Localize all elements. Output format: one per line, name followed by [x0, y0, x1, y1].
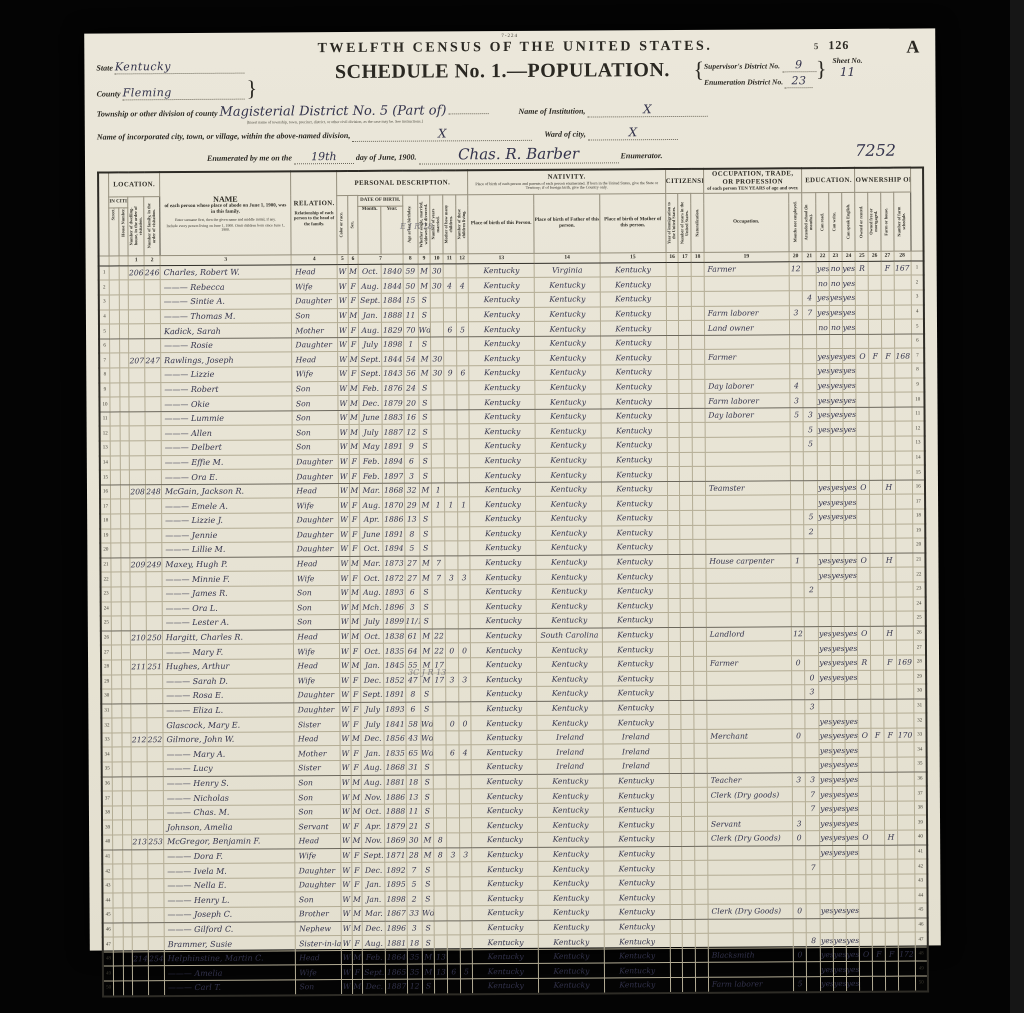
- cell-hn: [121, 631, 131, 646]
- cell-pf: Kentucky: [539, 963, 605, 978]
- cell-n2: 19: [912, 524, 925, 539]
- cell-rel: Daughter: [295, 877, 341, 892]
- cell-sch: [804, 568, 818, 583]
- owned-rented-header: Owned or rented.: [855, 192, 868, 251]
- cell-pm: Kentucky: [603, 817, 669, 832]
- cell-occ: Land owner: [704, 320, 789, 335]
- cell-nat: [693, 510, 706, 525]
- cell-name: Hughes, Arthur: [162, 659, 294, 674]
- cell-fh: F: [884, 728, 897, 743]
- cell-wr: yes: [831, 509, 844, 524]
- cell-rel: Head: [294, 629, 340, 644]
- cell-own: [856, 305, 869, 320]
- cell-own: [858, 641, 871, 656]
- cell-pb: Kentucky: [469, 322, 535, 337]
- cell-n2: 21: [912, 553, 925, 568]
- cell-by: 1871: [385, 848, 406, 863]
- cell-cl: 3: [458, 672, 471, 687]
- cell-sex: F: [351, 848, 362, 863]
- cell-name: ——— Lizzie J.: [162, 513, 294, 528]
- cell-pm: Kentucky: [602, 656, 668, 671]
- cell-cl: [457, 526, 470, 541]
- cell-wr: yes: [830, 422, 843, 437]
- cell-mc: [447, 833, 460, 848]
- cell-cl: [457, 453, 470, 468]
- cell-n: 9: [99, 383, 110, 398]
- cell-fs: [898, 961, 915, 976]
- cell-fh: [881, 276, 894, 291]
- cell-bm: Aug.: [361, 775, 384, 790]
- cell-pm: Kentucky: [601, 350, 667, 365]
- cell-by: 1881: [385, 775, 406, 790]
- cell-ym: [434, 921, 447, 936]
- cell-occ: [708, 845, 793, 860]
- cell-mc: [446, 687, 459, 702]
- cell-own: [858, 611, 871, 626]
- cell-fs: [897, 859, 914, 874]
- cell-fm: [145, 470, 161, 485]
- cell-en: yes: [846, 947, 860, 962]
- cell-yi: [666, 335, 679, 350]
- cell-pf: Kentucky: [538, 788, 604, 803]
- cell-name: ——— Lizzie: [161, 367, 293, 382]
- cell-own: [859, 772, 872, 787]
- cell-hn: [119, 339, 129, 354]
- cell-rd: yes: [817, 305, 830, 320]
- cell-age: 1: [403, 337, 418, 352]
- cell-ym: [431, 395, 444, 410]
- cell-fh: [881, 319, 894, 334]
- cell-fh: [881, 305, 894, 320]
- cell-sch: [803, 262, 817, 277]
- cell-pb: Kentucky: [471, 599, 537, 614]
- cell-cl: [458, 599, 471, 614]
- cell-mc: [444, 337, 457, 352]
- cell-fm: [146, 528, 162, 543]
- cell-ym: 30: [430, 278, 443, 293]
- occupation-title: OCCUPATION, TRADE, OR PROFESSION: [712, 170, 793, 185]
- header-grid: State Kentucky County Fleming } SCHEDULE…: [96, 55, 923, 102]
- cell-hn: [119, 368, 129, 383]
- cell-ym: [431, 424, 444, 439]
- cell-occ: Clerk (Dry goods): [707, 787, 792, 802]
- cell-mar: M: [422, 950, 435, 965]
- cell-rel: Wife: [292, 279, 338, 294]
- cell-age: 33: [407, 906, 422, 921]
- cell-bm: July: [359, 425, 382, 440]
- ward-rule: X: [588, 125, 678, 141]
- column-number: 12: [456, 254, 469, 264]
- column-number: 17: [678, 252, 691, 262]
- cell-col: W: [339, 585, 350, 600]
- cell-wr: yes: [832, 772, 845, 787]
- cell-ym: 8: [434, 848, 447, 863]
- cell-nat: [692, 394, 705, 409]
- cell-bm: Jan.: [361, 746, 384, 761]
- cell-yu: [680, 437, 693, 452]
- cell-fs: [896, 713, 913, 728]
- cell-mne: [790, 437, 804, 452]
- cell-pb: Kentucky: [471, 657, 537, 672]
- cell-cl: 1: [457, 497, 470, 512]
- cell-dw: [131, 689, 147, 704]
- cell-fs: [895, 465, 912, 480]
- column-number: 24: [842, 251, 856, 261]
- cell-own: [856, 276, 869, 291]
- cell-fh: [883, 582, 896, 597]
- naturalization-header: Naturalization.: [691, 193, 704, 252]
- cell-hn: [121, 645, 131, 660]
- cell-wr: yes: [833, 947, 846, 962]
- cell-mar: S: [421, 891, 434, 906]
- cell-own: [859, 787, 872, 802]
- cell-yi: [668, 656, 681, 671]
- cell-n: 36: [102, 777, 113, 792]
- cell-ym: 13: [435, 964, 448, 979]
- cell-n: 29: [101, 674, 112, 689]
- cell-fm: [146, 587, 162, 602]
- cell-pm: Kentucky: [604, 846, 670, 861]
- cell-bm: July: [359, 337, 382, 352]
- cell-fh: [884, 757, 897, 772]
- cell-name: ——— Gilford C.: [164, 921, 296, 936]
- cell-dw: 209: [130, 558, 146, 573]
- cell-fh: H: [883, 626, 896, 641]
- cell-n: 5: [99, 324, 110, 339]
- cell-nat: [695, 919, 708, 934]
- cell-rel: Wife: [293, 498, 339, 513]
- cell-pf: Kentucky: [538, 934, 604, 949]
- cell-fh: [883, 597, 896, 612]
- cell-sch: [804, 451, 818, 466]
- cell-mar: S: [418, 293, 431, 308]
- cell-fs: 167: [894, 261, 911, 276]
- cell-col: W: [340, 790, 351, 805]
- cell-pb: Kentucky: [471, 730, 537, 745]
- cell-bm: Jan.: [362, 892, 385, 907]
- cell-n2: 26: [913, 626, 926, 641]
- cell-yu: [683, 963, 696, 978]
- cell-occ: Day laborer: [705, 378, 790, 393]
- cell-nat: [691, 277, 704, 292]
- cell-pm: Kentucky: [600, 335, 666, 350]
- cell-by: 1896: [386, 921, 407, 936]
- cell-by: 1865: [386, 965, 407, 980]
- cell-ym: [433, 731, 446, 746]
- cell-pm: Kentucky: [601, 438, 667, 453]
- cell-pf: Kentucky: [536, 613, 602, 628]
- enumerator-label: Enumerator.: [620, 151, 662, 160]
- cell-fh: [882, 407, 895, 422]
- cell-en: yes: [844, 553, 858, 568]
- column-number: [109, 256, 119, 266]
- cell-col: W: [340, 746, 351, 761]
- cell-en: yes: [844, 568, 858, 583]
- cell-yu: [682, 788, 695, 803]
- cell-sex: F: [350, 688, 361, 703]
- cell-rel: Son: [296, 980, 342, 995]
- cell-pf: Kentucky: [536, 496, 602, 511]
- sheet-number-label: Sheet No.: [832, 56, 862, 65]
- cell-yi: [667, 467, 680, 482]
- cell-mne: 3: [792, 816, 806, 831]
- cell-occ: [705, 495, 790, 510]
- cell-st: [113, 806, 123, 821]
- cell-pm: Kentucky: [604, 963, 670, 978]
- cell-cl: [457, 439, 470, 454]
- cell-yi: [667, 540, 680, 555]
- cell-fs: [896, 567, 913, 582]
- cell-name: ——— Sintie A.: [160, 294, 292, 309]
- cell-yi: [669, 846, 682, 861]
- cell-nat: [695, 875, 708, 890]
- cell-pf: Kentucky: [535, 350, 601, 365]
- cell-en: yes: [843, 495, 857, 510]
- cell-age: 13: [404, 512, 419, 527]
- cell-fs: 170: [897, 728, 914, 743]
- cell-yu: [681, 656, 694, 671]
- brace-close: }: [816, 56, 827, 98]
- supervisor-value: 9: [782, 58, 816, 72]
- cell-col: W: [341, 979, 352, 994]
- cell-fm: [148, 908, 164, 923]
- cell-age: 27: [405, 556, 420, 571]
- cell-pb: Kentucky: [471, 584, 537, 599]
- cell-fh: H: [882, 480, 895, 495]
- county-value: Fleming: [123, 86, 245, 101]
- state-county-block: State Kentucky County Fleming }: [96, 59, 311, 102]
- cell-sch: [804, 539, 818, 554]
- cell-age: 18: [406, 775, 421, 790]
- cell-occ: [705, 510, 790, 525]
- cell-en: [842, 334, 856, 349]
- cell-ym: 1: [432, 483, 445, 498]
- cell-by: 1886: [385, 789, 406, 804]
- cell-sex: F: [351, 761, 362, 776]
- cell-n: 7: [99, 353, 110, 368]
- cell-wr: [833, 874, 846, 889]
- cell-rel: Head: [296, 950, 342, 965]
- cell-n: 42: [102, 864, 113, 879]
- cell-col: W: [339, 644, 350, 659]
- stamp-number: 126: [828, 38, 849, 53]
- cell-mc: [443, 264, 456, 279]
- cell-pf: Kentucky: [536, 599, 602, 614]
- page-title: TWELFTH CENSUS OF THE UNITED STATES.: [96, 38, 814, 58]
- read-header: Can read.: [816, 192, 829, 251]
- farm-house-header: Farm or house.: [881, 192, 894, 251]
- cell-wr: yes: [829, 305, 842, 320]
- cell-sex: M: [349, 483, 360, 498]
- cell-col: W: [341, 907, 352, 922]
- cell-hn: [120, 543, 130, 558]
- cell-name: Kadick, Sarah: [160, 323, 292, 338]
- cell-by: 1891: [384, 687, 405, 702]
- cell-fm: [145, 382, 161, 397]
- cell-occ: [706, 539, 791, 554]
- cell-wr: yes: [830, 364, 843, 379]
- cell-col: W: [337, 308, 348, 323]
- cell-en: yes: [845, 801, 859, 816]
- cell-fs: [896, 626, 913, 641]
- cell-n2: 38: [914, 801, 927, 816]
- cell-fs: [898, 888, 915, 903]
- cell-name: Helphinstine, Martin C.: [164, 951, 296, 966]
- cell-yi: [670, 875, 683, 890]
- cell-fh: [883, 524, 896, 539]
- cell-wr: [830, 451, 843, 466]
- cell-pb: Kentucky: [470, 541, 536, 556]
- cell-st: [110, 339, 120, 354]
- cell-sex: F: [351, 819, 362, 834]
- cell-cl: [460, 891, 473, 906]
- county-label: County: [97, 89, 121, 98]
- cell-hn: [120, 412, 130, 427]
- cell-fm: [148, 820, 164, 835]
- cell-occ: [704, 335, 789, 350]
- cell-n: 1: [99, 266, 110, 281]
- cell-dw: [132, 806, 148, 821]
- cell-bm: Mch.: [360, 600, 383, 615]
- cell-wr: yes: [830, 480, 843, 495]
- cell-by: 1845: [384, 658, 405, 673]
- column-number: 1: [128, 256, 144, 266]
- cell-fm: [147, 674, 163, 689]
- cell-wr: [833, 918, 846, 933]
- cell-pb: Kentucky: [473, 935, 539, 950]
- cell-yu: [679, 321, 692, 336]
- cell-ym: [433, 775, 446, 790]
- cell-dw: [130, 499, 146, 514]
- cell-ym: 30: [430, 264, 443, 279]
- cell-st: [110, 368, 120, 383]
- cell-by: 1894: [383, 454, 404, 469]
- cell-st: [109, 266, 119, 281]
- cell-wr: [833, 860, 846, 875]
- cell-sch: [806, 845, 820, 860]
- cell-mc: 9: [444, 366, 457, 381]
- cell-pm: Kentucky: [603, 773, 669, 788]
- cell-n: 34: [102, 747, 113, 762]
- cell-bm: Aug.: [361, 760, 384, 775]
- cell-pm: Kentucky: [604, 875, 670, 890]
- cell-fs: [895, 421, 912, 436]
- cell-hn: [122, 747, 132, 762]
- cell-mc: [446, 789, 459, 804]
- cell-n2: 12: [912, 421, 925, 436]
- sheet-letter: A: [906, 37, 919, 58]
- cell-wr: [830, 466, 843, 481]
- cell-en: yes: [846, 903, 860, 918]
- cell-fh: [885, 859, 898, 874]
- cell-occ: Farm laborer: [705, 393, 790, 408]
- cell-pb: Kentucky: [469, 395, 535, 410]
- cell-name: ——— Emele A.: [161, 498, 293, 513]
- column-number: 10: [430, 254, 443, 264]
- cell-occ: [706, 612, 791, 627]
- cell-rd: [817, 437, 830, 452]
- cell-n2: 23: [913, 582, 926, 597]
- cell-dw: [130, 543, 146, 558]
- cell-cl: 6: [456, 366, 469, 381]
- cell-fh: F: [881, 261, 894, 276]
- cell-pm: Kentucky: [600, 321, 666, 336]
- cell-bm: Oct.: [361, 629, 384, 644]
- cell-yu: [683, 934, 696, 949]
- cell-cl: [456, 293, 469, 308]
- cell-sch: [806, 831, 820, 846]
- cell-age: 56: [403, 366, 418, 381]
- cell-ym: 7: [432, 556, 445, 571]
- cell-yi: [670, 934, 683, 949]
- cell-cl: [457, 424, 470, 439]
- cell-st: [110, 412, 120, 427]
- cell-mc: 6: [447, 964, 460, 979]
- cell-name: ——— Jennie: [162, 527, 294, 542]
- cell-cl: [459, 818, 472, 833]
- cell-fh: [881, 290, 894, 305]
- cell-n2: 29: [913, 669, 926, 684]
- cell-fs: [898, 903, 915, 918]
- cell-yu: [681, 686, 694, 701]
- cell-own: [859, 845, 872, 860]
- cell-fh: [882, 363, 895, 378]
- cell-rel: Son: [292, 396, 338, 411]
- cell-wr: yes: [832, 670, 845, 685]
- cell-mc: 1: [445, 497, 458, 512]
- cell-mne: [791, 670, 805, 685]
- cell-occ: [707, 685, 792, 700]
- cell-mne: [793, 918, 807, 933]
- cell-by: 1844: [382, 279, 403, 294]
- cell-mar: M: [418, 264, 431, 279]
- cell-nat: [693, 539, 706, 554]
- cell-mar: S: [421, 760, 434, 775]
- cell-sch: [807, 962, 821, 977]
- enumeration-value: 23: [785, 74, 813, 88]
- cell-rd: [818, 451, 831, 466]
- cell-n2: 39: [914, 815, 927, 830]
- cell-pf: Kentucky: [535, 380, 601, 395]
- cell-nat: [692, 350, 705, 365]
- cell-yu: [683, 948, 696, 963]
- cell-yi: [667, 481, 680, 496]
- cell-age: 6: [404, 454, 419, 469]
- cell-col: W: [341, 892, 352, 907]
- cell-fs: [896, 611, 913, 626]
- cell-fre: [870, 524, 883, 539]
- cell-pb: Kentucky: [470, 424, 536, 439]
- cell-bm: Mar.: [360, 483, 383, 498]
- cell-n2: 50: [915, 976, 928, 991]
- cell-fs: [898, 918, 915, 933]
- cell-rd: [818, 612, 831, 627]
- cell-mar: S: [418, 308, 431, 323]
- cell-fm: [148, 878, 164, 893]
- cell-rd: yes: [818, 568, 831, 583]
- cell-own: [860, 918, 873, 933]
- cell-cl: [458, 658, 471, 673]
- cell-n2: 32: [913, 713, 926, 728]
- column-number: 19: [704, 252, 789, 263]
- cell-n2: 35: [914, 757, 927, 772]
- cell-rd: [818, 539, 831, 554]
- cell-rd: yes: [819, 641, 832, 656]
- cell-sch: [805, 597, 819, 612]
- cell-age: 28: [406, 848, 421, 863]
- district-block: { Supervisor's District No. 9 Enumeratio…: [693, 55, 923, 98]
- cell-mar: M: [419, 556, 432, 571]
